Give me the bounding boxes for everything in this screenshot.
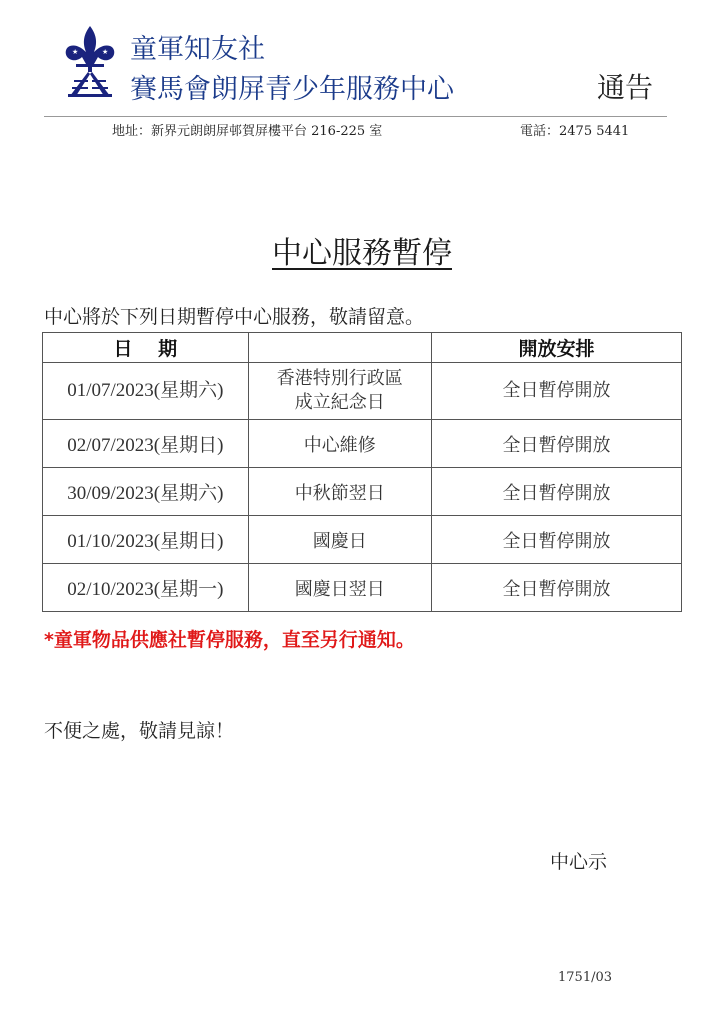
svg-text:★: ★ (102, 48, 108, 56)
date-cell: 01/07/2023(星期六) (43, 363, 249, 420)
event-cell: 國慶日 (248, 516, 431, 564)
arrangement-cell: 全日暫停開放 (431, 468, 681, 516)
scout-logo-icon: ★ ★ (62, 24, 118, 98)
table-row: 02/10/2023(星期一) 國慶日翌日 全日暫停開放 (43, 564, 682, 612)
address: 地址：新界元朗朗屏邨賀屏樓平台 216-225 室 (112, 120, 382, 139)
header-date: 日 期 (43, 333, 249, 363)
shop-suspension-note: *童軍物品供應社暫停服務，直至另行通知。 (44, 625, 415, 652)
event-line: 香港特別行政區 (249, 367, 431, 391)
table-header: 日 期 開放安排 (43, 333, 682, 363)
page-title: 中心服務暫停 (0, 228, 724, 272)
notice-tag: 通告 (597, 66, 653, 106)
table-row: 01/07/2023(星期六) 香港特別行政區成立紀念日 全日暫停開放 (43, 363, 682, 420)
arrangement-cell: 全日暫停開放 (431, 564, 681, 612)
event-cell: 中心維修 (248, 420, 431, 468)
date-cell: 30/09/2023(星期六) (43, 468, 249, 516)
arrangement-cell: 全日暫停開放 (431, 363, 681, 420)
table-row: 01/10/2023(星期日) 國慶日 全日暫停開放 (43, 516, 682, 564)
org-name: 童軍知友社 (130, 27, 265, 66)
date-cell: 02/07/2023(星期日) (43, 420, 249, 468)
table-row: 30/09/2023(星期六) 中秋節翌日 全日暫停開放 (43, 468, 682, 516)
event-cell: 中秋節翌日 (248, 468, 431, 516)
header-arrangement: 開放安排 (431, 333, 681, 363)
center-name: 賽馬會朗屏青少年服務中心 (130, 67, 454, 106)
title-text: 中心服務暫停 (272, 236, 452, 271)
date-cell: 01/10/2023(星期日) (43, 516, 249, 564)
signature: 中心示 (550, 847, 607, 874)
intro-text: 中心將於下列日期暫停中心服務，敬請留意。 (44, 302, 424, 329)
event-line: 成立紀念日 (249, 391, 431, 415)
header-event (248, 333, 431, 363)
phone: 電話：2475 5441 (520, 120, 629, 139)
closure-table: 日 期 開放安排 01/07/2023(星期六) 香港特別行政區成立紀念日 全日… (42, 332, 682, 612)
svg-text:★: ★ (72, 48, 78, 56)
arrangement-cell: 全日暫停開放 (431, 420, 681, 468)
table-row: 02/07/2023(星期日) 中心維修 全日暫停開放 (43, 420, 682, 468)
header-divider (44, 116, 667, 117)
date-cell: 02/10/2023(星期一) (43, 564, 249, 612)
event-cell: 國慶日翌日 (248, 564, 431, 612)
arrangement-cell: 全日暫停開放 (431, 516, 681, 564)
apology-text: 不便之處，敬請見諒！ (44, 716, 234, 743)
event-cell: 香港特別行政區成立紀念日 (248, 363, 431, 420)
document-code: 1751/03 (558, 970, 612, 985)
